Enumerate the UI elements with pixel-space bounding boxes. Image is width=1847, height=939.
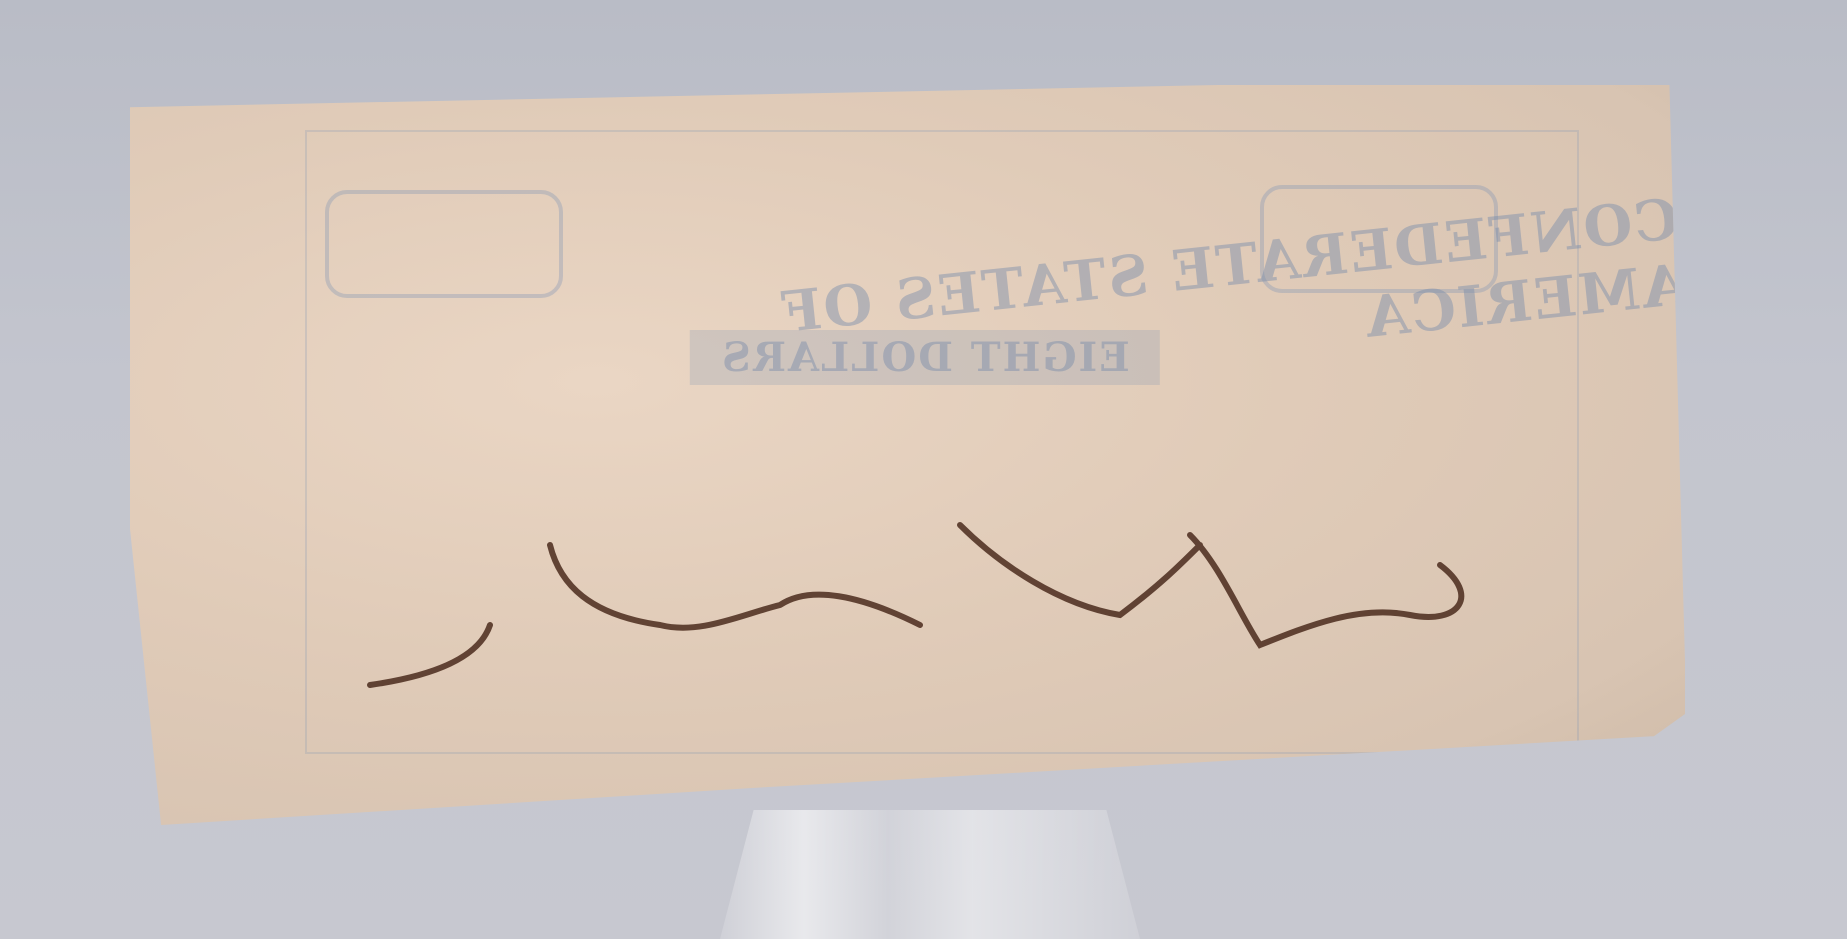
numeral-box-left (325, 190, 563, 298)
display-stand (720, 810, 1140, 939)
signature (360, 505, 1510, 765)
banknote: CONFEDERATE STATES OF AMERICA EIGHT DOLL… (130, 85, 1685, 825)
bleed-through-denomination: EIGHT DOLLARS (690, 330, 1160, 385)
